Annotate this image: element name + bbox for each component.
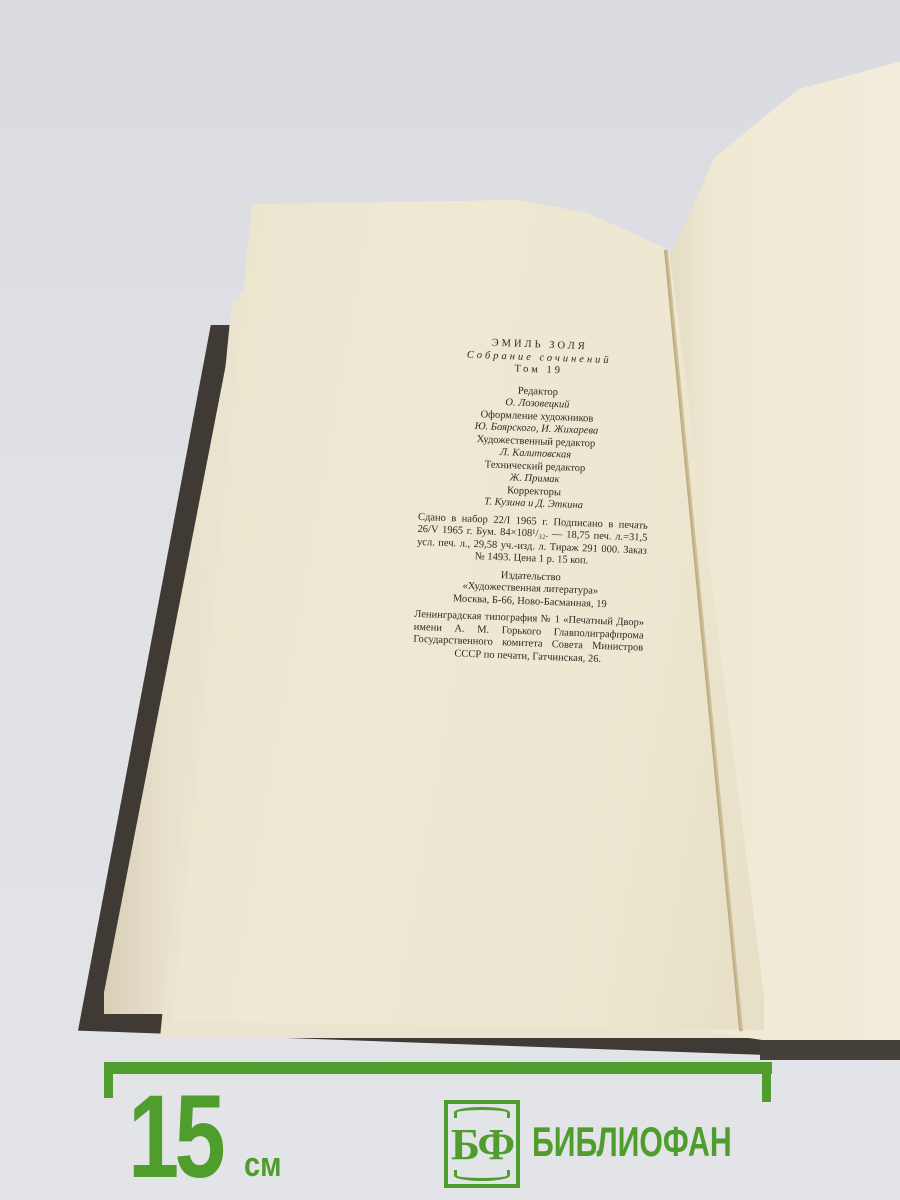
printer-details: Ленинградская типография № 1 «Печатный Д… (413, 609, 645, 668)
brand-name: БИБЛИОФАН (532, 1118, 732, 1166)
book-logo-icon: БФ (444, 1100, 520, 1188)
ruler-tick-left (104, 1062, 113, 1098)
brand-mark: БФ (451, 1119, 513, 1170)
ruler-length-unit: см (244, 1148, 281, 1182)
ruler-tick-right (762, 1062, 771, 1102)
colophon-text: ЭМИЛЬ ЗОЛЯ Собрание сочинений Том 19 Ред… (413, 335, 655, 668)
photo-scene: ЭМИЛЬ ЗОЛЯ Собрание сочинений Том 19 Ред… (0, 0, 900, 1200)
ruler-length-value: 15 (128, 1078, 221, 1196)
print-details: Сдано в набор 22/I 1965 г. Подписано в п… (416, 511, 648, 570)
